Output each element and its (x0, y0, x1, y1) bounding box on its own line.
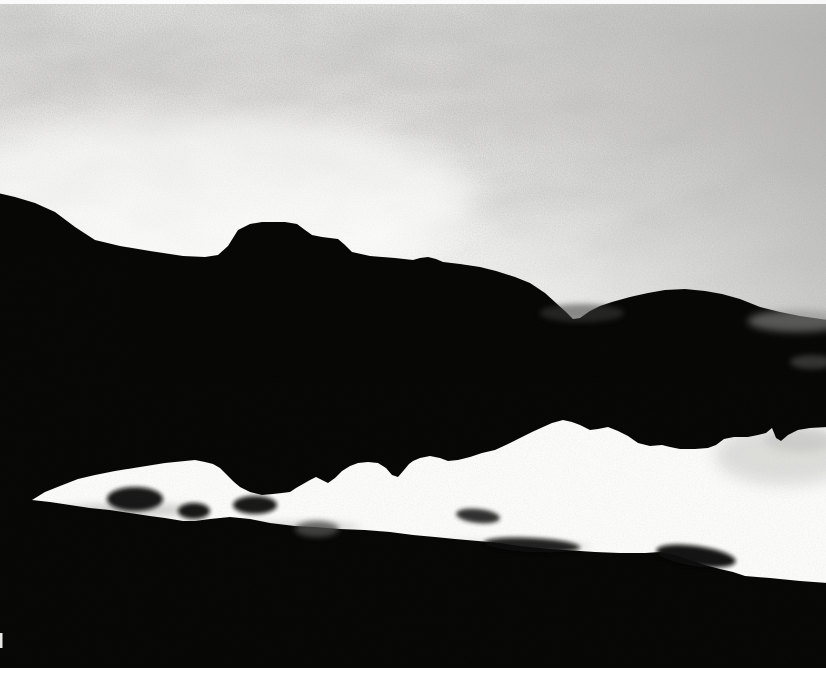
top-margin-strip (0, 0, 826, 4)
bottom-margin-strip (0, 668, 826, 679)
left-edge-scratch (0, 633, 3, 648)
landscape-photo-canvas (0, 0, 826, 679)
photograph (0, 0, 826, 679)
